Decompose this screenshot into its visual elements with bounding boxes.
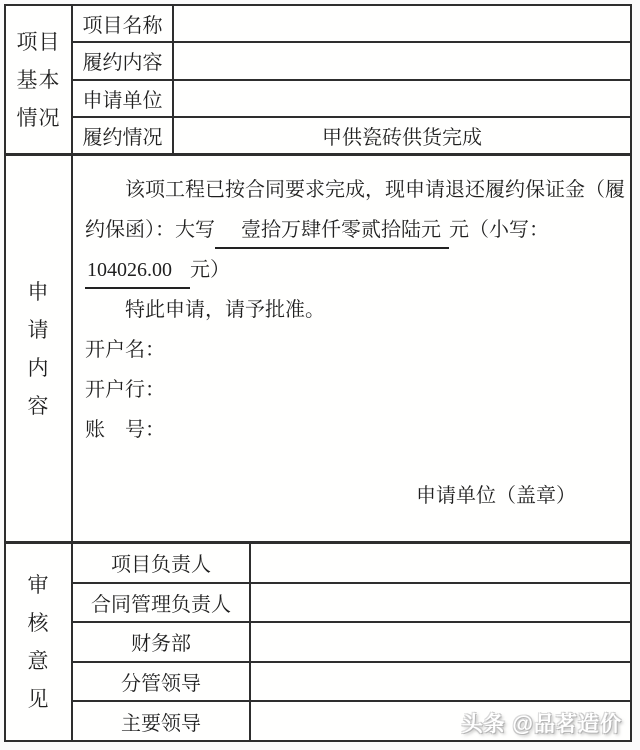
amount-in-words-fill: 壹拾万肆仟零贰拾陆元 xyxy=(215,213,449,249)
section3-header-char: 意 xyxy=(28,642,50,680)
applicant-unit-label: 申请单位 xyxy=(73,81,174,116)
table-row-applicant-unit: 申请单位 xyxy=(73,81,630,118)
performance-content-value xyxy=(174,43,630,78)
section3-vertical-header: 审 核 意 见 xyxy=(6,544,73,740)
request-paragraph-line2: 约保函）：大写壹拾万肆仟零贰拾陆元元（小写： xyxy=(85,210,622,250)
deputy-leader-value xyxy=(251,663,630,701)
request-paragraph-line3: 104026.00元） xyxy=(85,250,622,290)
section-project-basic-info: 项目 基本 情况 项目名称 履约内容 申请单位 履约情况 甲供瓷砖供货完成 xyxy=(6,6,630,156)
applicant-unit-value xyxy=(174,81,630,116)
line2-prefix: 约保函）：大写 xyxy=(85,219,215,241)
section3-header-char: 核 xyxy=(28,604,50,642)
section3-header-char: 审 xyxy=(28,566,50,604)
section2-header-char: 申 xyxy=(28,273,50,311)
table-row-project-manager: 项目负责人 xyxy=(73,544,630,584)
line2-suffix: 元（小写： xyxy=(449,219,549,241)
contract-manager-value xyxy=(251,584,630,622)
section2-vertical-header: 申 请 内 容 xyxy=(6,156,73,541)
table-row-performance-content: 履约内容 xyxy=(73,43,630,80)
section1-vertical-header: 项目 基本 情况 xyxy=(6,6,73,153)
table-row-performance-status: 履约情况 甲供瓷砖供货完成 xyxy=(73,118,630,153)
section1-header-line: 项目 xyxy=(17,23,61,61)
project-name-value xyxy=(174,6,630,41)
section2-header-char: 请 xyxy=(28,311,50,349)
project-manager-value xyxy=(251,544,630,582)
project-manager-label: 项目负责人 xyxy=(73,544,251,582)
finance-dept-value xyxy=(251,623,630,661)
request-paragraph-line1: 该项工程已按合同要求完成，现申请退还履约保证金（履 xyxy=(85,170,622,210)
application-body: 该项工程已按合同要求完成，现申请退还履约保证金（履 约保函）：大写壹拾万肆仟零贰… xyxy=(73,156,630,541)
section1-rows: 项目名称 履约内容 申请单位 履约情况 甲供瓷砖供货完成 xyxy=(73,6,630,153)
performance-status-label: 履约情况 xyxy=(73,118,174,153)
bank-account-name-field: 开户名： xyxy=(85,330,622,370)
table-row-finance-dept: 财务部 xyxy=(73,623,630,663)
section3-header-char: 见 xyxy=(28,680,50,718)
applicant-seal-label: 申请单位（盖章） xyxy=(85,476,622,516)
line3-suffix: 元） xyxy=(190,259,230,281)
amount-in-figures-fill: 104026.00 xyxy=(85,253,190,289)
toutiao-watermark: 头条 @品茗造价 xyxy=(462,708,622,738)
performance-content-label: 履约内容 xyxy=(73,43,174,78)
section2-header-char: 内 xyxy=(28,349,50,387)
account-number-field: 账 号： xyxy=(85,410,622,450)
section2-header-char: 容 xyxy=(28,387,50,425)
deputy-leader-label: 分管领导 xyxy=(73,663,251,701)
contract-manager-label: 合同管理负责人 xyxy=(73,584,251,622)
section-application-content: 申 请 内 容 该项工程已按合同要求完成，现申请退还履约保证金（履 约保函）：大… xyxy=(6,156,630,544)
bank-branch-field: 开户行： xyxy=(85,370,622,410)
request-closing-line: 特此申请，请予批准。 xyxy=(85,290,622,330)
section1-header-line: 基本 xyxy=(17,61,61,99)
chief-leader-label: 主要领导 xyxy=(73,702,251,740)
performance-status-value: 甲供瓷砖供货完成 xyxy=(174,118,630,153)
table-row-contract-manager: 合同管理负责人 xyxy=(73,584,630,624)
bond-refund-form: 项目 基本 情况 项目名称 履约内容 申请单位 履约情况 甲供瓷砖供货完成 xyxy=(4,4,632,742)
table-row-project-name: 项目名称 xyxy=(73,6,630,43)
section1-header-line: 情况 xyxy=(17,99,61,137)
finance-dept-label: 财务部 xyxy=(73,623,251,661)
project-name-label: 项目名称 xyxy=(73,6,174,41)
table-row-deputy-leader: 分管领导 xyxy=(73,663,630,703)
